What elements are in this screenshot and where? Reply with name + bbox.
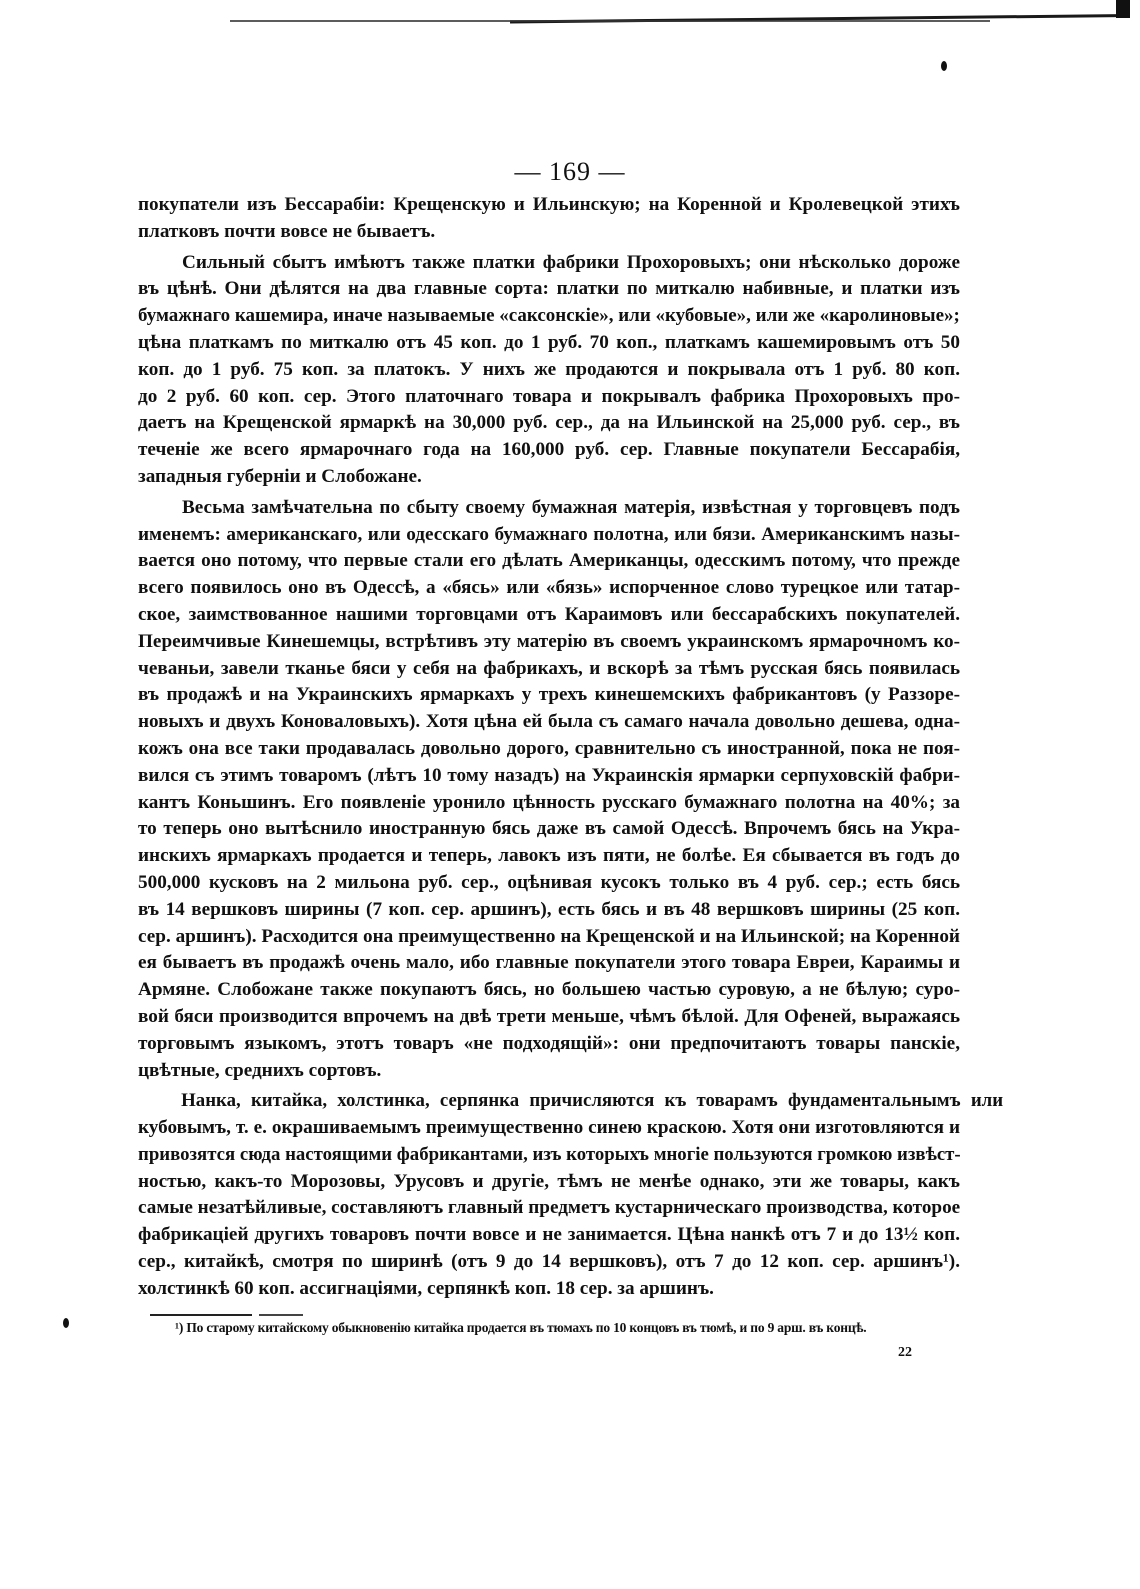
text-line: именемъ: американскаго, или одесскаго бу…	[138, 522, 960, 549]
text-line: сер., китайкѣ, смотря по ширинѣ (отъ 9 д…	[138, 1249, 960, 1276]
text-line: чеваньи, завели тканье бяси у себя на фа…	[138, 656, 960, 683]
text-line: сер. аршинъ). Расходится она преимуществ…	[138, 924, 960, 951]
scan-artifact-dot-top	[941, 61, 947, 71]
footnote-marker: ¹)	[175, 1320, 183, 1335]
text-line: бумажнаго кашемира, иначе называемые «са…	[138, 303, 960, 330]
text-line: цѣна платкамъ по миткалю отъ 45 коп. до …	[138, 330, 960, 357]
text-line: кожъ она все таки продавалась довольно д…	[138, 736, 960, 763]
text-line: ея бываетъ въ продажѣ очень мало, ибо гл…	[138, 950, 960, 977]
text-line: въ продажѣ и на Украинскихъ ярмаркахъ у …	[138, 682, 960, 709]
text-line: привозятся сюда настоящими фабрикантами,…	[138, 1142, 960, 1169]
text-line: торговымъ языкомъ, этотъ товаръ «не подх…	[138, 1031, 960, 1058]
text-line: кубовымъ, т. е. окрашиваемымъ преимущест…	[138, 1115, 960, 1142]
text-line: новыхъ и двухъ Коноваловыхъ). Хотя цѣна …	[138, 709, 960, 736]
text-line: даетъ на Крещенской ярмаркѣ на 30,000 ру…	[138, 410, 960, 437]
text-line: инскихъ ярмаркахъ продается и теперь, ла…	[138, 843, 960, 870]
text-line: западныя губерніи и Слобожане.	[138, 464, 960, 491]
text-line: вой бяси производится впрочемъ на двѣ тр…	[138, 1004, 960, 1031]
footnote: ¹) По старому китайскому обыкновенію кит…	[175, 1320, 975, 1336]
printer-signature-mark: 22	[898, 1345, 912, 1361]
text-line: до 2 руб. 60 коп. сер. Этого платочнаго …	[138, 384, 960, 411]
text-line: фабрикаціей другихъ товаровъ почти вовсе…	[138, 1222, 960, 1249]
text-line: Переимчивые Кинешемцы, встрѣтивъ эту мат…	[138, 629, 960, 656]
text-line: Весьма замѣчательна по сбыту своему бума…	[138, 495, 960, 522]
text-line: 500,000 кусковъ на 2 мильона руб. сер., …	[138, 870, 960, 897]
scan-artifact-top-edge	[230, 14, 1130, 26]
text-line: платковъ почти вовсе не бываетъ.	[138, 219, 960, 246]
scan-artifact-dot-left	[63, 1318, 69, 1328]
text-line: вился съ этимъ товаромъ (лѣтъ 10 тому на…	[138, 763, 960, 790]
text-line: вается оно потому, что первые стали его …	[138, 548, 960, 575]
text-line: то теперь оно вытѣснило иностранную бясь…	[138, 816, 960, 843]
text-line: Нанка, китайка, холстинка, серпянка прич…	[138, 1088, 1003, 1115]
page-number: — 169 —	[0, 157, 1140, 187]
text-line: цвѣтные, среднихъ сортовъ.	[138, 1058, 960, 1085]
text-line: самые незатѣйливые, составляютъ главный …	[138, 1195, 960, 1222]
text-line: коп. до 1 руб. 75 коп. за платокъ. У них…	[138, 357, 960, 384]
footnote-text: По старому китайскому обыкновенію китайк…	[186, 1320, 866, 1335]
text-line: въ 14 вершковъ ширины (7 коп. сер. аршин…	[138, 897, 960, 924]
text-line: ское, заимствованное нашими торговцами о…	[138, 602, 960, 629]
text-line: Сильный сбытъ имѣютъ также платки фабрик…	[138, 250, 960, 277]
text-line: кантъ Коньшинъ. Его появленіе уронило цѣ…	[138, 790, 960, 817]
footnote-divider	[150, 1314, 320, 1316]
body-text: покупатели изъ Бессарабіи: Крещенскую и …	[138, 192, 960, 1303]
text-line: покупатели изъ Бессарабіи: Крещенскую и …	[138, 192, 960, 219]
text-line: Армяне. Слобожане также покупаютъ бясь, …	[138, 977, 960, 1004]
text-line: холстинкѣ 60 коп. ассигнаціями, серпянкѣ…	[138, 1276, 960, 1303]
text-line: ностью, какъ-то Морозовы, Урусовъ и друг…	[138, 1169, 960, 1196]
text-line: теченіе же всего ярмарочнаго года на 160…	[138, 437, 960, 464]
text-line: всего появилось оно въ Одессѣ, а «бясь» …	[138, 575, 960, 602]
text-line: въ цѣнѣ. Они дѣлятся на два главные сорт…	[138, 276, 960, 303]
